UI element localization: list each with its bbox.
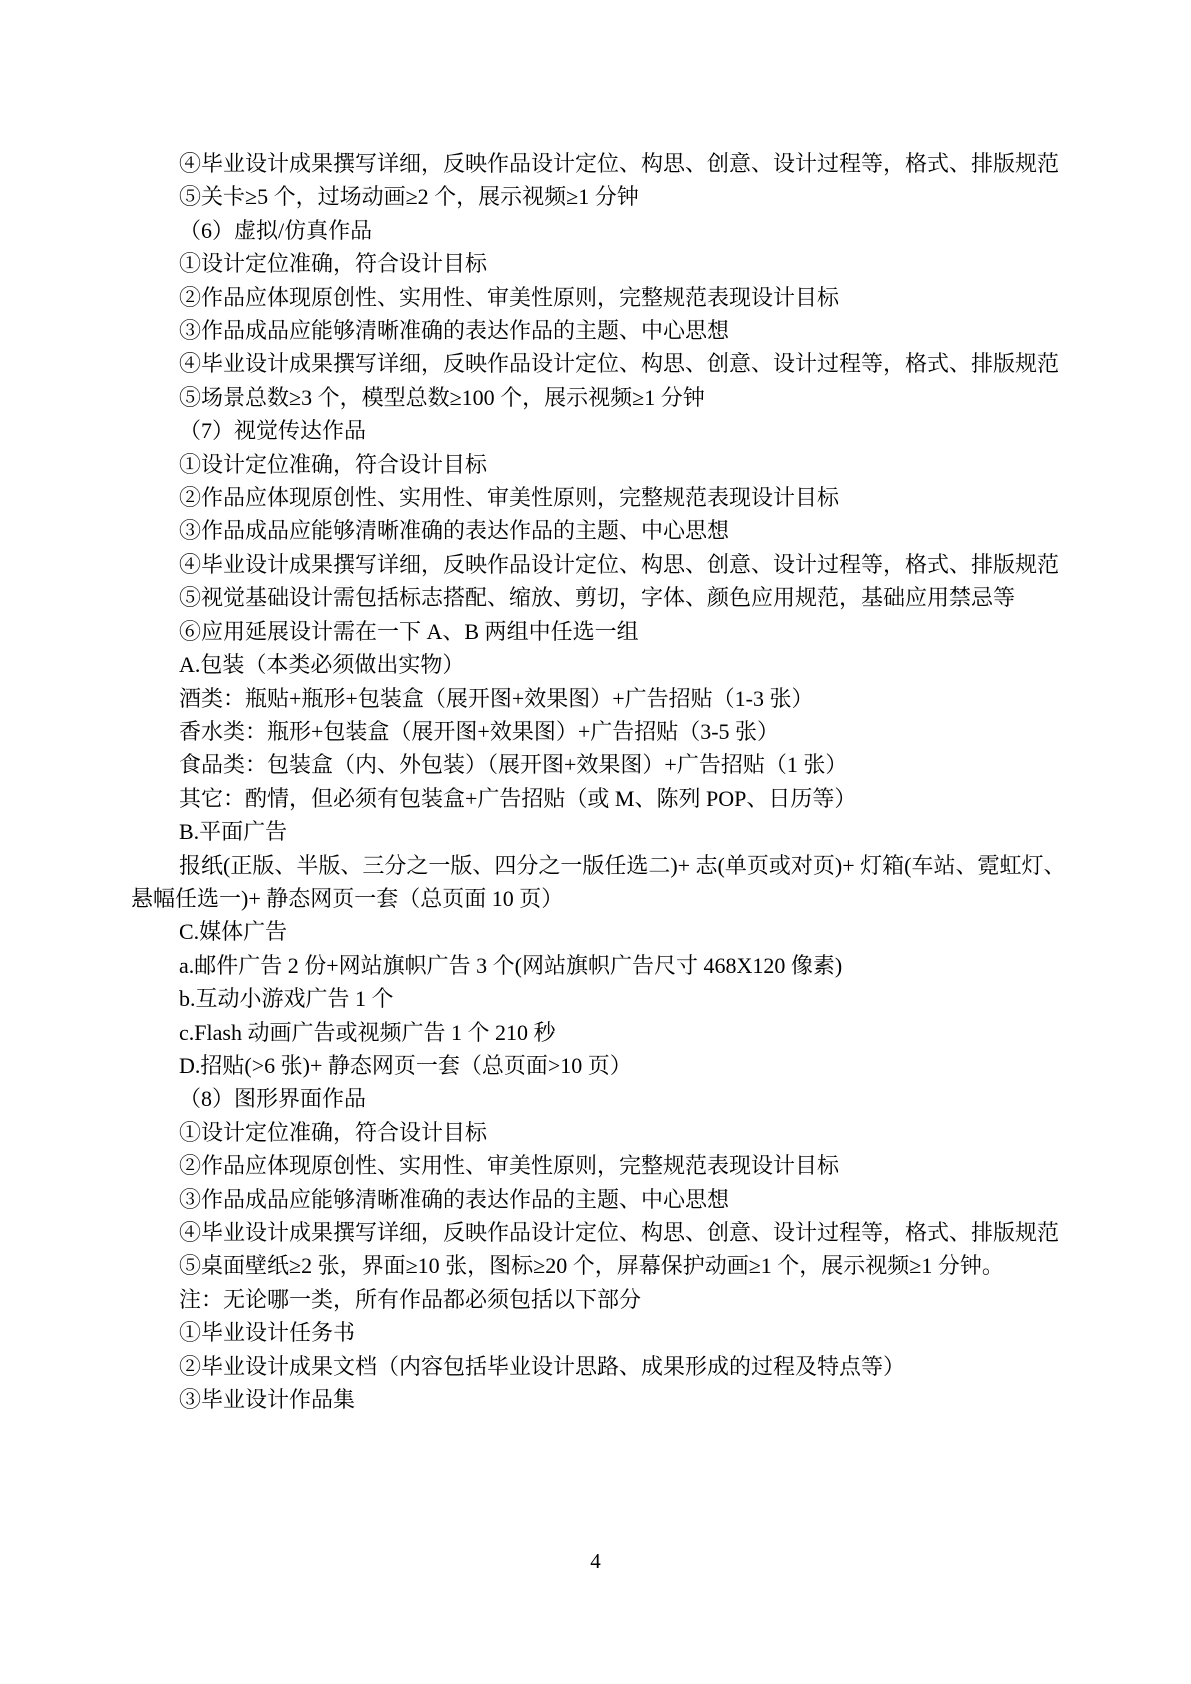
page-number: 4 <box>0 1546 1191 1576</box>
section-heading-7: （7）视觉传达作品 <box>131 414 1053 447</box>
doc-line: ①设计定位准确，符合设计目标 <box>131 448 1053 481</box>
doc-line: 悬幅任选一)+ 静态网页一套（总页面 10 页） <box>131 882 1053 915</box>
doc-line: ⑤视觉基础设计需包括标志搭配、缩放、剪切，字体、颜色应用规范，基础应用禁忌等 <box>131 581 1053 614</box>
doc-line-group-b: B.平面广告 <box>131 815 1053 848</box>
doc-line: ①设计定位准确，符合设计目标 <box>131 247 1053 280</box>
doc-line-group-a: A.包装（本类必须做出实物） <box>131 648 1053 681</box>
doc-line: b.互动小游戏广告 1 个 <box>131 982 1053 1015</box>
doc-line: ②毕业设计成果文档（内容包括毕业设计思路、成果形成的过程及特点等） <box>131 1350 1053 1383</box>
doc-line-group-d: D.招贴(>6 张)+ 静态网页一套（总页面>10 页） <box>131 1049 1053 1082</box>
doc-line: ⑤场景总数≥3 个，模型总数≥100 个，展示视频≥1 分钟 <box>131 381 1053 414</box>
doc-line-group-c: C.媒体广告 <box>131 915 1053 948</box>
doc-line: ③作品成品应能够清晰准确的表达作品的主题、中心思想 <box>131 314 1053 347</box>
doc-line: 食品类：包装盒（内、外包装）（展开图+效果图）+广告招贴（1 张） <box>131 748 1053 781</box>
doc-line: c.Flash 动画广告或视频广告 1 个 210 秒 <box>131 1016 1053 1049</box>
doc-line: ①毕业设计任务书 <box>131 1316 1053 1349</box>
section-heading-6: （6）虚拟/仿真作品 <box>131 214 1053 247</box>
doc-line: 其它：酌情，但必须有包装盒+广告招贴（或 M、陈列 POP、日历等） <box>131 782 1053 815</box>
doc-line: ①设计定位准确，符合设计目标 <box>131 1116 1053 1149</box>
doc-line: 酒类：瓶贴+瓶形+包装盒（展开图+效果图）+广告招贴（1-3 张） <box>131 682 1053 715</box>
doc-line: a.邮件广告 2 份+网站旗帜广告 3 个(网站旗帜广告尺寸 468X120 像… <box>131 949 1053 982</box>
doc-line: ④毕业设计成果撰写详细，反映作品设计定位、构思、创意、设计过程等，格式、排版规范 <box>131 548 1053 581</box>
doc-line: ④毕业设计成果撰写详细，反映作品设计定位、构思、创意、设计过程等，格式、排版规范 <box>131 347 1053 380</box>
doc-line: ⑤桌面壁纸≥2 张，界面≥10 张，图标≥20 个，屏幕保护动画≥1 个，展示视… <box>131 1249 1053 1282</box>
doc-line: ③作品成品应能够清晰准确的表达作品的主题、中心思想 <box>131 1183 1053 1216</box>
doc-line: ②作品应体现原创性、实用性、审美性原则，完整规范表现设计目标 <box>131 281 1053 314</box>
section-heading-8: （8）图形界面作品 <box>131 1082 1053 1115</box>
document-body: ④毕业设计成果撰写详细，反映作品设计定位、构思、创意、设计过程等，格式、排版规范… <box>131 147 1053 1416</box>
doc-line: ③作品成品应能够清晰准确的表达作品的主题、中心思想 <box>131 514 1053 547</box>
document-page: { "document": { "lines": [ "④毕业设计成果撰写详细，… <box>0 0 1191 1684</box>
doc-note-line: 注：无论哪一类，所有作品都必须包括以下部分 <box>131 1283 1053 1316</box>
doc-line: 香水类：瓶形+包装盒（展开图+效果图）+广告招贴（3-5 张） <box>131 715 1053 748</box>
doc-line: ④毕业设计成果撰写详细，反映作品设计定位、构思、创意、设计过程等，格式、排版规范 <box>131 147 1053 180</box>
doc-line: ④毕业设计成果撰写详细，反映作品设计定位、构思、创意、设计过程等，格式、排版规范 <box>131 1216 1053 1249</box>
doc-line: ②作品应体现原创性、实用性、审美性原则，完整规范表现设计目标 <box>131 481 1053 514</box>
doc-line: ⑥应用延展设计需在一下 A、B 两组中任选一组 <box>131 615 1053 648</box>
doc-line: 报纸(正版、半版、三分之一版、四分之一版任选二)+ 志(单页或对页)+ 灯箱(车… <box>131 849 1053 882</box>
doc-line: ⑤关卡≥5 个，过场动画≥2 个，展示视频≥1 分钟 <box>131 180 1053 213</box>
doc-line: ②作品应体现原创性、实用性、审美性原则，完整规范表现设计目标 <box>131 1149 1053 1182</box>
doc-line: ③毕业设计作品集 <box>131 1383 1053 1416</box>
